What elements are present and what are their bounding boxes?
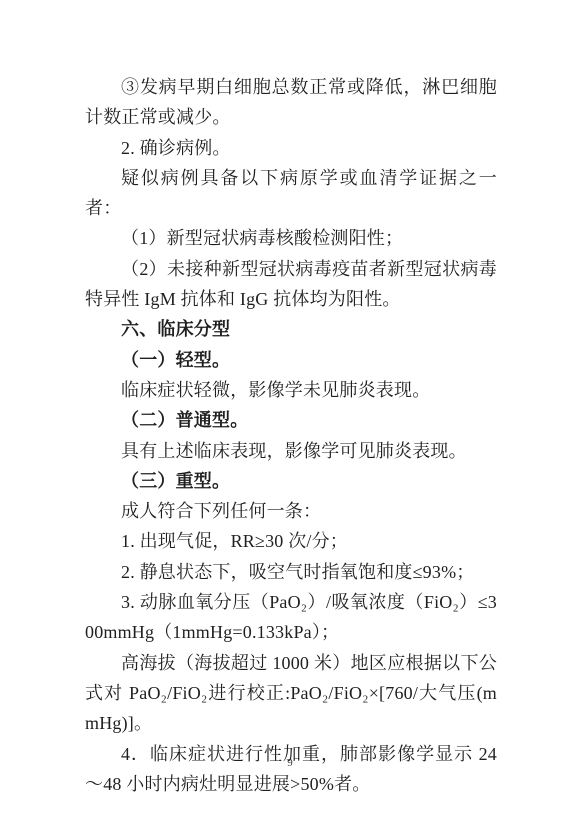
para-early-wbc-criterion: ③发病早期白细胞总数正常或降低，淋巴细胞计数正常或减少。 xyxy=(85,72,497,133)
para-criterion-1-respiratory-rate: 1. 出现气促，RR≥30 次/分； xyxy=(85,526,497,556)
para-high-altitude-correction: 高海拔（海拔超过 1000 米）地区应根据以下公式对 PaO₂/FiO₂进行校正… xyxy=(85,648,497,739)
heading-clinical-classification: 六、临床分型 xyxy=(85,314,497,344)
subheading-severe-type: （三）重型。 xyxy=(85,466,497,496)
document-body: ③发病早期白细胞总数正常或降低，淋巴细胞计数正常或减少。 2. 确诊病例。 疑似… xyxy=(85,72,497,799)
para-criterion-3-pao2-fio2: 3. 动脉血氧分压（PaO₂）/吸氧浓度（FiO₂）≤300mmHg（1mmHg… xyxy=(85,587,497,648)
para-evidence-1-nucleic-acid: （1）新型冠状病毒核酸检测阳性； xyxy=(85,223,497,253)
para-confirmed-case-item: 2. 确诊病例。 xyxy=(85,133,497,163)
document-page: ③发病早期白细胞总数正常或降低，淋巴细胞计数正常或减少。 2. 确诊病例。 疑似… xyxy=(0,0,580,820)
para-suspected-evidence-intro: 疑似病例具备以下病原学或血清学证据之一者： xyxy=(85,163,497,224)
para-criterion-2-oxygen-saturation: 2. 静息状态下，吸空气时指氧饱和度≤93%； xyxy=(85,557,497,587)
page-number: 9 xyxy=(0,756,580,770)
para-mild-type-description: 临床症状轻微，影像学未见肺炎表现。 xyxy=(85,375,497,405)
para-adult-criteria-intro: 成人符合下列任何一条： xyxy=(85,496,497,526)
para-moderate-type-description: 具有上述临床表现，影像学可见肺炎表现。 xyxy=(85,436,497,466)
subheading-mild-type: （一）轻型。 xyxy=(85,345,497,375)
subheading-moderate-type: （二）普通型。 xyxy=(85,405,497,435)
para-evidence-2-antibody: （2）未接种新型冠状病毒疫苗者新型冠状病毒特异性 IgM 抗体和 IgG 抗体均… xyxy=(85,254,497,315)
